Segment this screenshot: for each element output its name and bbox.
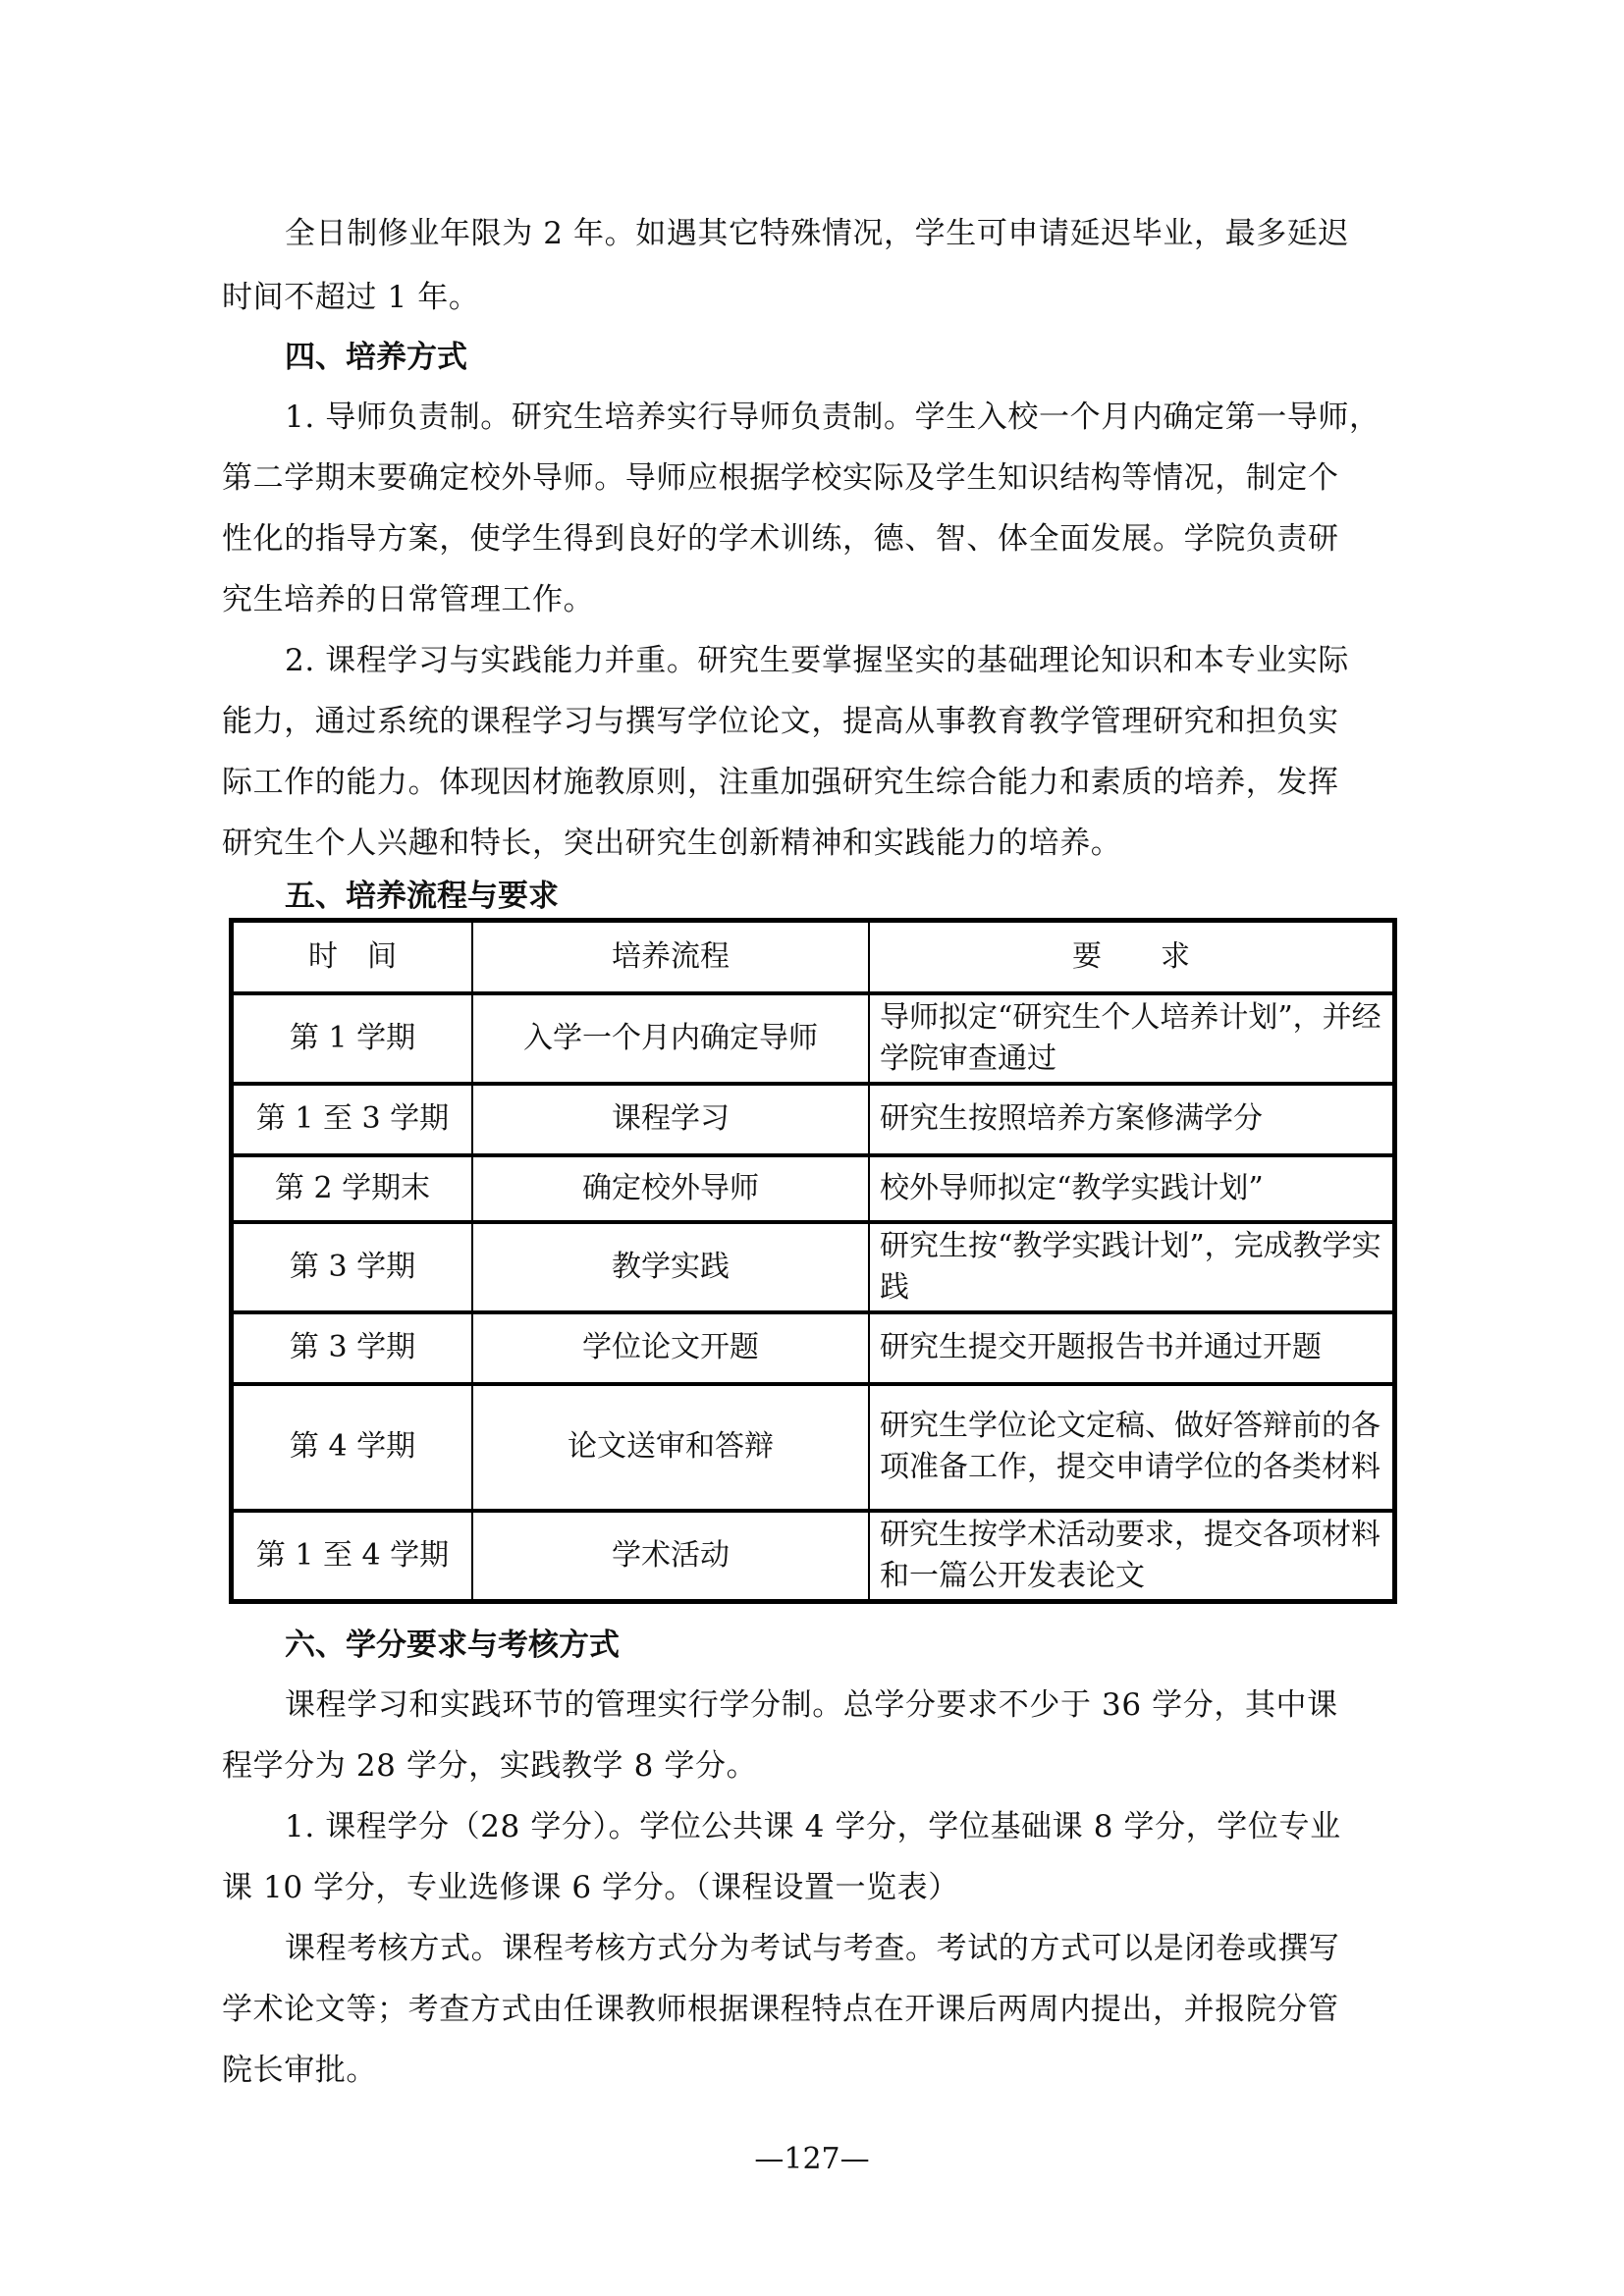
body-text-line: 院长审批。	[222, 2051, 1400, 2090]
cell-flow: 教学实践	[472, 1222, 869, 1312]
body-text-line: 程学分为 28 学分，实践教学 8 学分。	[222, 1746, 1400, 1786]
cell-time: 第 3 学期	[232, 1222, 473, 1312]
table-row: 第 1 至 3 学期 课程学习 研究生按照培养方案修满学分	[232, 1084, 1395, 1155]
table-header-row: 时 间 培养流程 要 求	[232, 921, 1395, 993]
cell-flow: 课程学习	[472, 1084, 869, 1155]
cell-time: 第 1 至 4 学期	[232, 1511, 473, 1602]
body-text-line: 能力，通过系统的课程学习与撰写学位论文，提高从事教育教学管理研究和担负实	[222, 702, 1400, 741]
body-text-line: 第二学期末要确定校外导师。导师应根据学校实际及学生知识结构等情况，制定个	[222, 458, 1400, 498]
header-time: 时 间	[232, 921, 473, 993]
body-text-line: 性化的指导方案，使学生得到良好的学术训练，德、智、体全面发展。学院负责研	[222, 519, 1400, 559]
body-text-line: 究生培养的日常管理工作。	[222, 580, 1400, 619]
body-text-line: 研究生个人兴趣和特长，突出研究生创新精神和实践能力的培养。	[222, 824, 1400, 863]
document-page: 全日制修业年限为 2 年。如遇其它特殊情况，学生可申请延迟毕业，最多延迟 时间不…	[0, 0, 1624, 2296]
page-number: —127—	[0, 2140, 1624, 2179]
body-text-line: 全日制修业年限为 2 年。如遇其它特殊情况，学生可申请延迟毕业，最多延迟	[285, 214, 1463, 253]
header-flow: 培养流程	[472, 921, 869, 993]
cell-flow: 确定校外导师	[472, 1155, 869, 1222]
cell-requirement: 研究生提交开题报告书并通过开题	[869, 1312, 1395, 1384]
cell-requirement: 校外导师拟定“教学实践计划”	[869, 1155, 1395, 1222]
body-text-line: 课 10 学分，专业选修课 6 学分。（课程设置一览表）	[222, 1868, 1400, 1907]
cell-time: 第 2 学期末	[232, 1155, 473, 1222]
cell-time: 第 1 至 3 学期	[232, 1084, 473, 1155]
body-text-line: 1. 课程学分（28 学分）。学位公共课 4 学分，学位基础课 8 学分，学位专…	[285, 1807, 1463, 1846]
cell-requirement: 研究生学位论文定稿、做好答辩前的各项准备工作，提交申请学位的各类材料	[869, 1384, 1395, 1511]
section-heading-4: 四、培养方式	[285, 338, 467, 377]
cell-time: 第 1 学期	[232, 993, 473, 1084]
cell-requirement: 研究生按“教学实践计划”，完成教学实践	[869, 1222, 1395, 1312]
body-text-line: 2. 课程学习与实践能力并重。研究生要掌握坚实的基础理论知识和本专业实际	[285, 641, 1463, 680]
table-row: 第 1 学期 入学一个月内确定导师 导师拟定“研究生个人培养计划”，并经学院审查…	[232, 993, 1395, 1084]
cell-flow: 学位论文开题	[472, 1312, 869, 1384]
section-heading-5: 五、培养流程与要求	[285, 877, 559, 916]
section-heading-6: 六、学分要求与考核方式	[285, 1626, 620, 1665]
body-text-line: 时间不超过 1 年。	[222, 278, 1400, 317]
table-row: 第 1 至 4 学期 学术活动 研究生按学术活动要求，提交各项材料和一篇公开发表…	[232, 1511, 1395, 1602]
cell-time: 第 3 学期	[232, 1312, 473, 1384]
body-text-line: 课程考核方式。课程考核方式分为考试与考查。考试的方式可以是闭卷或撰写	[285, 1929, 1463, 1968]
body-text-line: 1. 导师负责制。研究生培养实行导师负责制。学生入校一个月内确定第一导师，	[285, 398, 1463, 437]
cell-requirement: 导师拟定“研究生个人培养计划”，并经学院审查通过	[869, 993, 1395, 1084]
body-text-line: 课程学习和实践环节的管理实行学分制。总学分要求不少于 36 学分，其中课	[285, 1685, 1463, 1725]
table-row: 第 2 学期末 确定校外导师 校外导师拟定“教学实践计划”	[232, 1155, 1395, 1222]
cell-requirement: 研究生按学术活动要求，提交各项材料和一篇公开发表论文	[869, 1511, 1395, 1602]
body-text-line: 际工作的能力。体现因材施教原则，注重加强研究生综合能力和素质的培养，发挥	[222, 763, 1400, 802]
cell-requirement: 研究生按照培养方案修满学分	[869, 1084, 1395, 1155]
training-process-table: 时 间 培养流程 要 求 第 1 学期 入学一个月内确定导师 导师拟定“研究生个…	[229, 918, 1397, 1604]
header-requirement: 要 求	[869, 921, 1395, 993]
cell-time: 第 4 学期	[232, 1384, 473, 1511]
table-row: 第 4 学期 论文送审和答辩 研究生学位论文定稿、做好答辩前的各项准备工作，提交…	[232, 1384, 1395, 1511]
cell-flow: 学术活动	[472, 1511, 869, 1602]
body-text-line: 学术论文等；考查方式由任课教师根据课程特点在开课后两周内提出，并报院分管	[222, 1990, 1400, 2029]
cell-flow: 入学一个月内确定导师	[472, 993, 869, 1084]
table-row: 第 3 学期 学位论文开题 研究生提交开题报告书并通过开题	[232, 1312, 1395, 1384]
cell-flow: 论文送审和答辩	[472, 1384, 869, 1511]
table-row: 第 3 学期 教学实践 研究生按“教学实践计划”，完成教学实践	[232, 1222, 1395, 1312]
